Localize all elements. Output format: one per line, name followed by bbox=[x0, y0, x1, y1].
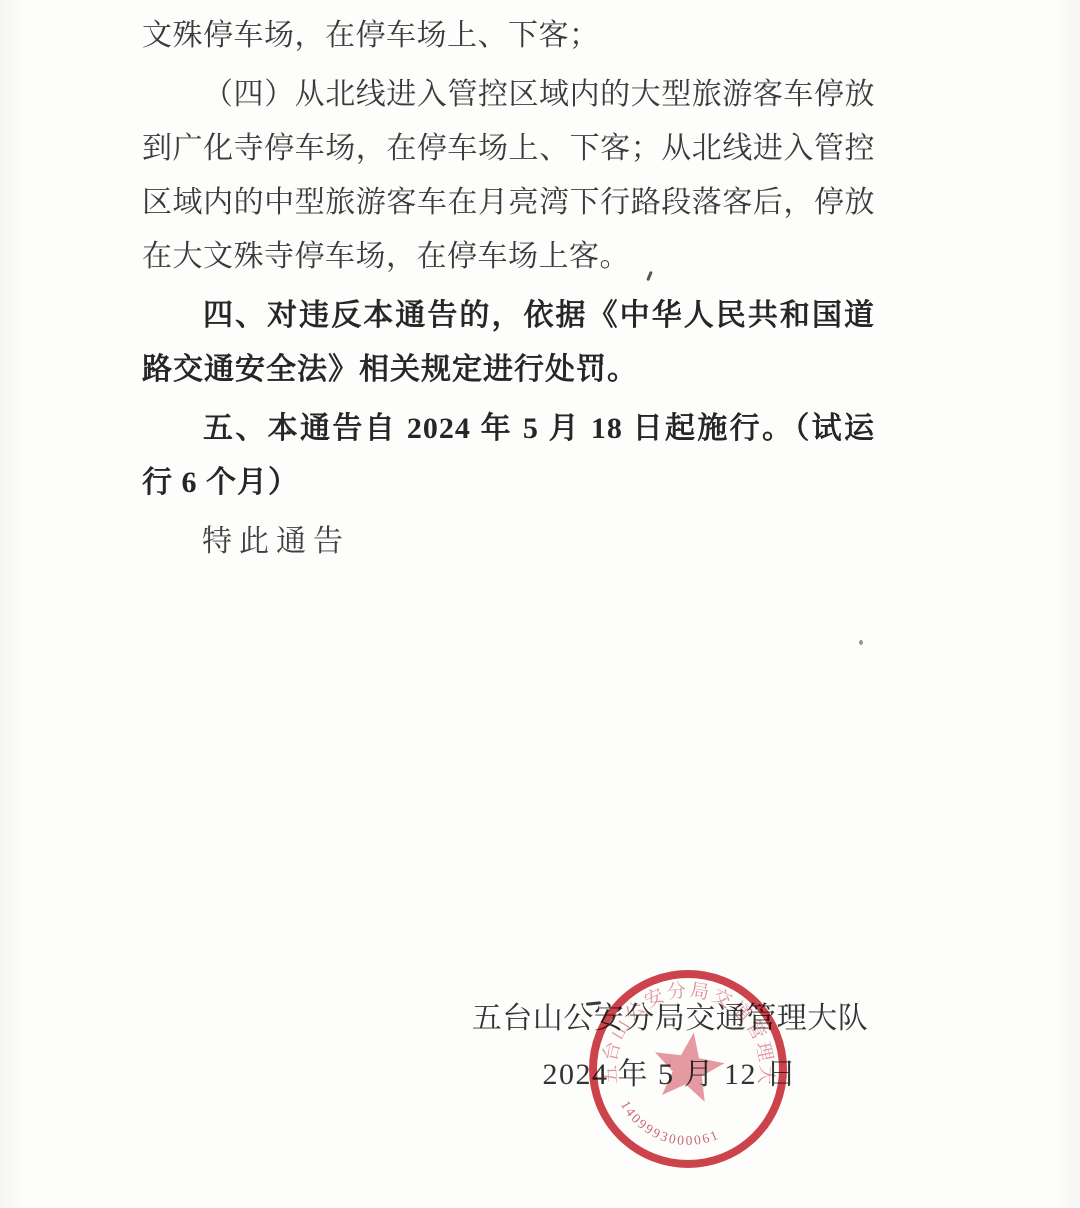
body-paragraph: 文殊停车场，在停车场上、下客； bbox=[142, 9, 875, 63]
scanned-notice-page: 文殊停车场，在停车场上、下客； （四）从北线进入管控区域内的大型旅游客车停放到广… bbox=[0, 0, 1080, 1208]
body-paragraph: （四）从北线进入管控区域内的大型旅游客车停放到广化寺停车场，在停车场上、下客；从… bbox=[142, 68, 875, 284]
body-paragraph: 五、本通告自 2024 年 5 月 18 日起施行。（试运行 6 个月） bbox=[142, 402, 875, 510]
body-paragraph: 四、对违反本通告的，依据《中华人民共和国道路交通安全法》相关规定进行处罚。 bbox=[142, 289, 875, 397]
notice-body: 文殊停车场，在停车场上、下客； （四）从北线进入管控区域内的大型旅游客车停放到广… bbox=[142, 9, 875, 569]
scan-artifact-dot bbox=[859, 640, 863, 645]
star-icon bbox=[649, 1027, 729, 1104]
closing-line: 特此通告 bbox=[142, 515, 875, 569]
official-seal: 五台山公安分局交通管理大队 1409993000061 bbox=[578, 959, 798, 1179]
